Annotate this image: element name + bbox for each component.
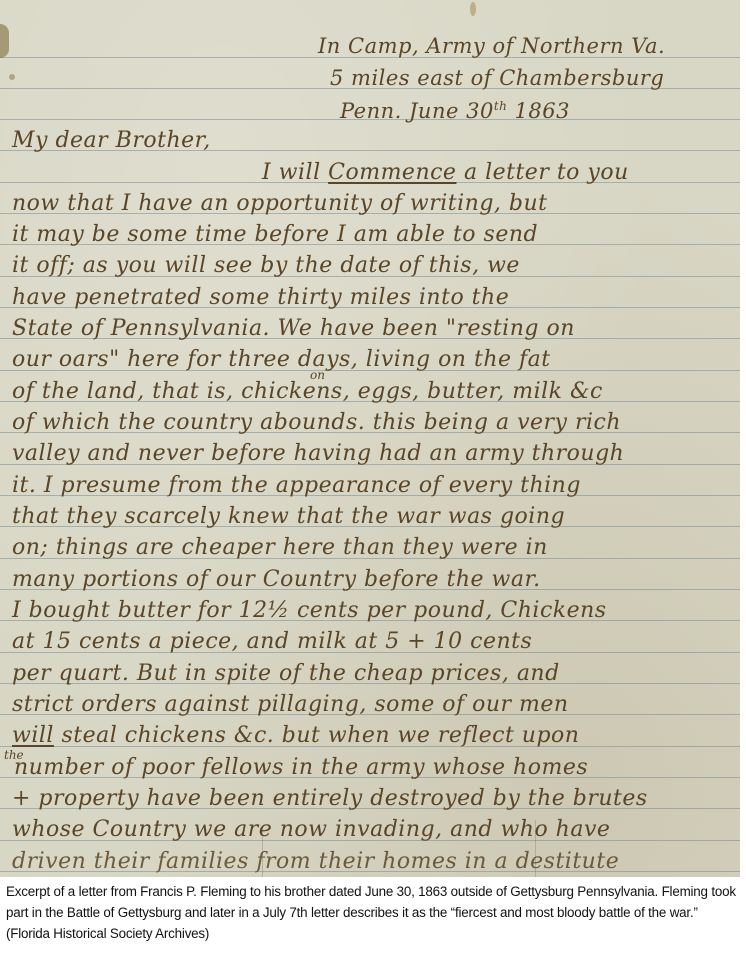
letter-line: at 15 cents a piece, and milk at 5 + 10 …	[12, 631, 532, 653]
letter-line: valley and never before having had an ar…	[12, 443, 624, 465]
letter-heading-line2: 5 miles east of Chambersburg	[330, 68, 664, 89]
ink-stain	[470, 2, 476, 16]
letter-page: In Camp, Army of Northern Va. 5 miles ea…	[0, 0, 740, 877]
date-text: Penn. June 30	[340, 99, 494, 123]
letter-line: have penetrated some thirty miles into t…	[12, 287, 509, 309]
line-text: a letter to you	[456, 160, 628, 185]
letter-line: State of Pennsylvania. We have been "res…	[12, 318, 575, 340]
letter-line: will steal chickens &c. but when we refl…	[12, 725, 579, 747]
letter-line: now that I have an opportunity of writin…	[12, 193, 548, 215]
letter-line: many portions of our Country before the …	[12, 569, 541, 591]
letter-line: it may be some time before I am able to …	[12, 224, 538, 246]
underlined-word: will	[12, 723, 54, 748]
letter-line: whose Country we are now invading, and w…	[12, 819, 610, 841]
letter-line: of which the country abounds. this being…	[12, 412, 621, 434]
letter-line: that they scarcely knew that the war was…	[12, 506, 565, 528]
date-year: 1863	[507, 99, 570, 123]
ink-stain	[0, 24, 9, 58]
image-caption: Excerpt of a letter from Francis P. Flem…	[6, 881, 742, 944]
date-superscript: th	[494, 99, 508, 113]
letter-line: per quart. But in spite of the cheap pri…	[12, 663, 560, 685]
underlined-word: Commence	[328, 160, 456, 185]
letter-line: I bought butter for 12½ cents per pound,…	[12, 600, 607, 622]
letter-heading-date: Penn. June 30th 1863	[340, 100, 570, 122]
letter-line: our oars" here for three days, living on…	[12, 349, 551, 371]
letter-line: I will Commence a letter to you	[262, 162, 629, 184]
line-text: I will	[262, 160, 328, 185]
letter-line-cutoff: driven their families from their homes i…	[12, 851, 619, 873]
line-text: steal chickens &c. but when we reflect u…	[54, 723, 580, 748]
letter-line: strict orders against pillaging, some of…	[12, 694, 569, 716]
letter-line: on; things are cheaper here than they we…	[12, 537, 548, 559]
letter-line: it off; as you will see by the date of t…	[12, 255, 520, 277]
letter-line: + property have been entirely destroyed …	[12, 788, 648, 810]
letter-heading-line1: In Camp, Army of Northern Va.	[318, 36, 665, 57]
letter-salutation: My dear Brother,	[12, 130, 211, 152]
letter-line: it. I presume from the appearance of eve…	[12, 475, 581, 497]
letter-line: number of poor fellows in the army whose…	[14, 757, 588, 779]
ink-stain	[9, 74, 15, 80]
letter-line: of the land, that is, chickens, eggs, bu…	[12, 381, 603, 403]
